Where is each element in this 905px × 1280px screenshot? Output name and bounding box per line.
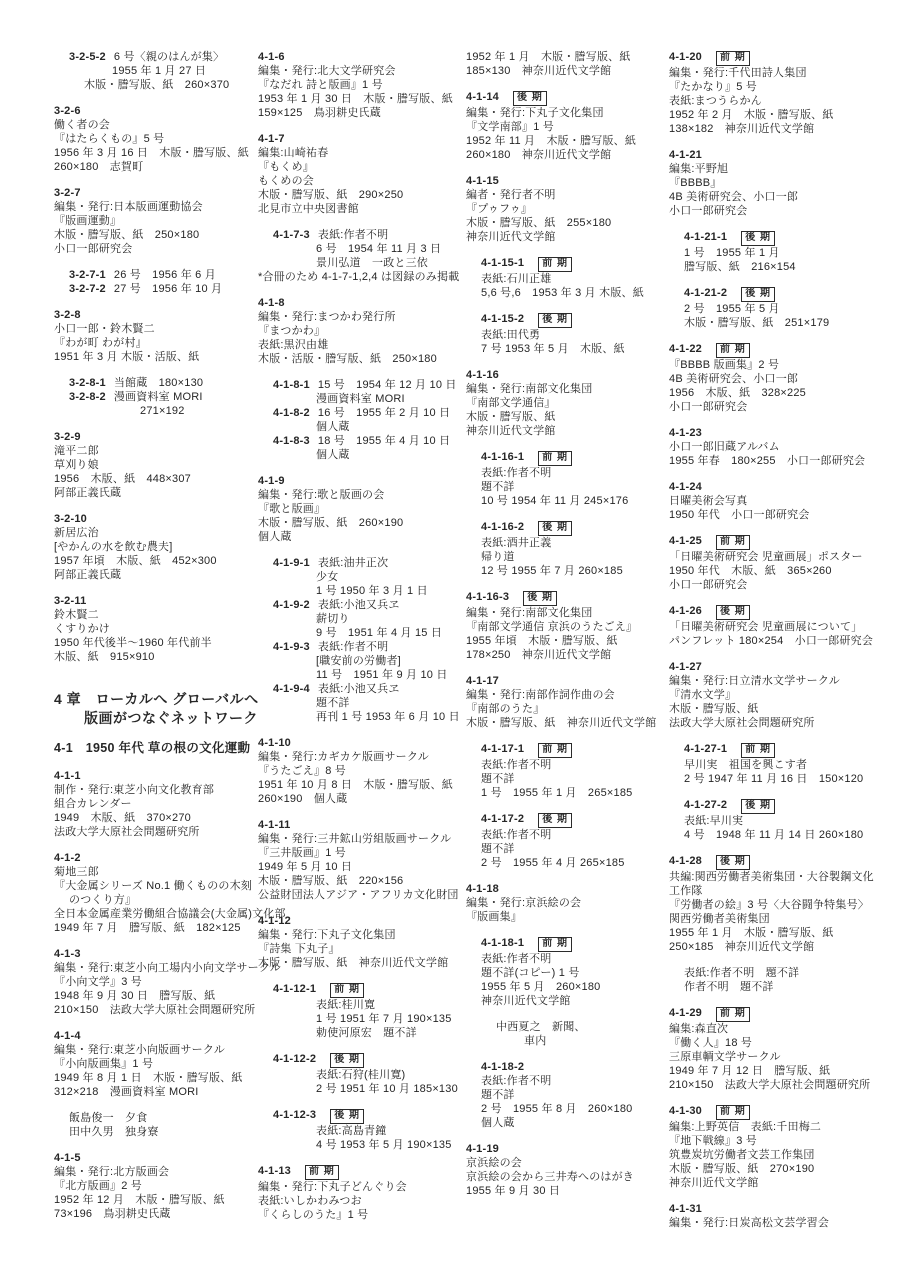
entry-line: 1956 木版、紙 328×225 (669, 386, 905, 400)
entry-line: 表紙:作者不明 (466, 952, 657, 966)
entry-text: 7 号 1953 年 5 月 木版、紙 (481, 343, 625, 355)
catalog-entry-4-1-18-1: 4-1-18-1前 期表紙:作者不明題不詳(コピー) 1 号1955 年 5 月… (466, 936, 657, 1008)
entry-text: 18 号 1955 年 4 月 10 日 (318, 435, 450, 447)
entry-line: 1950 年代後半〜1960 年代前半 (54, 636, 246, 650)
chapter-heading: 版画がつなぐネットワーク (84, 710, 258, 726)
entry-line: 4-1-7 (258, 132, 454, 146)
entry-text: 1952 年 2 月 木版・謄写版、紙 (669, 109, 834, 121)
catalog-entry-3-2-10: 3-2-10新居広治[やかんの水を飲む農夫]1957 年頃 木版、紙 452×3… (54, 512, 246, 582)
entry-line: 1 号 1955 年 1 月 265×185 (466, 786, 657, 800)
catalog-entry-4-1-5: 4-1-5編集・発行:北方版画会『北方版画』2 号1952 年 12 月 木版・… (54, 1151, 246, 1221)
entry-text: 210×150 法政大学大原社会問題研究所 (669, 1079, 870, 1091)
entry-number: 4-1-2 (54, 852, 81, 864)
catalog-entry-4-1-13-continued: 1952 年 1 月 木版・謄写版、紙185×130 神奈川近代文学館 (466, 50, 657, 78)
entry-text: 早川実 祖国を興こす者 (684, 759, 807, 771)
entry-line: 1952 年 11 月 木版・謄写版、紙 (466, 134, 657, 148)
catalog-entry-4-1-2: 4-1-2菊地三郎『大金属シリーズ No.1 働くものの木刻のつくり方』全日本金… (54, 851, 246, 935)
period-badge: 後 期 (538, 521, 572, 536)
entry-line: 木版・謄写版、紙 251×179 (669, 316, 905, 330)
entry-line: 木版・謄写版、紙 255×180 (466, 216, 657, 230)
catalog-entry-4-1-21-1: 4-1-21-1後 期1 号 1955 年 1 月謄写版、紙 216×154 (669, 230, 905, 274)
entry-line: 京浜絵の会から三井寿へのはがき (466, 1170, 657, 1184)
entry-line: 謄写版、紙 216×154 (669, 260, 905, 274)
entry-text: 少女 (316, 571, 338, 583)
entry-line: 編集・発行:下丸子どんぐり会 (258, 1180, 454, 1194)
entry-line: 1952 年 12 月 木版・謄写版、紙 (54, 1193, 246, 1207)
entry-number: 4-1-18 (466, 883, 499, 895)
entry-text: 草刈り娘 (54, 459, 99, 471)
entry-line: 神奈川近代文学館 (466, 424, 657, 438)
catalog-entry-3-2-5-2: 3-2-5-26 号〈親のはんが集〉1955 年 1 月 27 日木版・謄写版、… (54, 50, 246, 92)
entry-text: 6 号 1954 年 11 月 3 日 (316, 243, 441, 255)
entry-text: 北見市立中央図書館 (258, 203, 359, 215)
catalog-entry-4-1-13: 4-1-13前 期編集・発行:下丸子どんぐり会表紙:いしかわみつお『くらしのうた… (258, 1164, 454, 1222)
entry-number: 3-2-11 (54, 595, 86, 607)
entry-line: 4-1-8-318 号 1955 年 4 月 10 日 (258, 434, 454, 448)
entry-text: *合冊のため 4-1-7-1,2,4 は図録のみ掲載 (258, 271, 459, 283)
entry-line: 編集・発行:東芝小向版画サークル (54, 1043, 246, 1057)
entry-number: 4-1-5 (54, 1152, 81, 1164)
entry-number: 4-1-9 (258, 475, 285, 487)
entry-line: 4-1-20前 期 (669, 50, 905, 66)
entry-line: 『大金属シリーズ No.1 働くものの木刻 (54, 879, 246, 893)
entry-line: 1955 年 5 月 260×180 (466, 980, 657, 994)
entry-line: 4-1-12-2後 期 (258, 1052, 454, 1068)
entry-text: 『清水文学』 (669, 689, 736, 701)
catalog-entry-4-1-9-1: 4-1-9-1表紙:油井正次少女1 号 1950 年 3 月 1 日4-1-9-… (258, 556, 454, 724)
entry-line: 『働く人』18 号 (669, 1036, 905, 1050)
period-badge: 前 期 (716, 535, 750, 550)
entry-number: 4-1-8 (258, 297, 285, 309)
entry-text: [やかんの水を飲む農夫] (54, 541, 173, 553)
entry-number: 4-1-21 (669, 149, 702, 161)
entry-line: パンフレット 180×254 小口一郎研究会 (669, 634, 905, 648)
entry-line: 田中久男 独身寮 (54, 1125, 246, 1139)
entry-line: 早川実 祖国を興こす者 (669, 758, 905, 772)
entry-line: 京浜絵の会 (466, 1156, 657, 1170)
entry-text: 1949 年 7 月 12 日 謄写版、紙 (669, 1065, 830, 1077)
entry-line: 神奈川近代文学館 (466, 994, 657, 1008)
entry-text: 159×125 鳥羽耕史氏蔵 (258, 107, 381, 119)
entry-line: 4-1-16-1前 期 (466, 450, 657, 466)
entry-line: 4-1-15 (466, 174, 657, 188)
entry-number: 4-1-22 (669, 343, 702, 355)
entry-line: 編集:森直次 (669, 1022, 905, 1036)
period-badge: 前 期 (716, 343, 750, 358)
catalog-entry-4-1-17-1: 4-1-17-1前 期表紙:作者不明題不詳1 号 1955 年 1 月 265×… (466, 742, 657, 800)
entry-number: 3-2-8 (54, 309, 81, 321)
catalog-entry-4-1-16: 4-1-16編集・発行:南部文化集団『南部文学通信』木版・謄写版、紙神奈川近代文… (466, 368, 657, 438)
entry-line: 表紙:酒井正義 (466, 536, 657, 550)
catalog-entry-4-1-29: 4-1-29前 期編集:森直次『働く人』18 号三原車輌文学サークル1949 年… (669, 1006, 905, 1092)
entry-text: 138×182 神奈川近代文学館 (669, 123, 814, 135)
entry-line: 題不詳 (258, 696, 454, 710)
entry-number: 4-1-15-1 (481, 257, 524, 269)
entry-line: 題不詳 (466, 480, 657, 494)
period-badge: 前 期 (538, 743, 572, 758)
catalog-entry-4-1-27: 4-1-27編集・発行:日立清水文学サークル『清水文学』木版・謄写版、紙法政大学… (669, 660, 905, 730)
entry-text: 4 号 1953 年 5 月 190×135 (316, 1139, 452, 1151)
entry-line: 組合カレンダー (54, 797, 246, 811)
entry-number: 4-1-15 (466, 175, 499, 187)
entry-line: 4-1-9-3表紙:作者不明 (258, 640, 454, 654)
entry-line: 1955 年 1 月 木版・謄写版、紙 (669, 926, 905, 940)
entry-line: 3-2-7-227 号 1956 年 10 月 (54, 282, 246, 296)
entry-number: 4-1-11 (258, 819, 290, 831)
entry-text: 1955 年頃 木版・謄写版、紙 (466, 635, 618, 647)
entry-line: 編集:山崎祐春 (258, 146, 454, 160)
entry-text: 『地下戦線』3 号 (669, 1135, 757, 1147)
entry-text: 当館蔵 180×130 (114, 377, 203, 389)
entry-text: 『南部文学通信 京浜のうたごえ』 (466, 621, 637, 633)
entry-line: 全日本金属産業労働組合協議会(大金属)文化部 (54, 907, 246, 921)
entry-text: 木版・謄写版、紙 260×370 (84, 79, 229, 91)
entry-text: 1948 年 9 月 30 日 謄写版、紙 (54, 990, 215, 1002)
entry-line: 1950 年代 小口一郎研究会 (669, 508, 905, 522)
entry-text: 編集・発行:北方版画会 (54, 1166, 169, 1178)
entry-line: 3-2-11 (54, 594, 246, 608)
entry-line: 1951 年 10 月 8 日 木版・謄写版、紙 (258, 778, 454, 792)
entry-line: 飯島俊一 夕食 (54, 1111, 246, 1125)
entry-line: 7 号 1953 年 5 月 木版、紙 (466, 342, 657, 356)
entry-text: 1953 年 1 月 30 日 木版・謄写版、紙 (258, 93, 453, 105)
entry-line: 11 号 1951 年 9 月 10 日 (258, 668, 454, 682)
entry-text: 1950 年代 小口一郎研究会 (669, 509, 810, 521)
entry-line: 表紙:高島青鐘 (258, 1124, 454, 1138)
entry-line: 4-1-24 (669, 480, 905, 494)
entry-line: 表紙:いしかわみつお (258, 1194, 454, 1208)
entry-text: 1949 年 5 月 10 日 (258, 861, 352, 873)
entry-text: もくめの会 (258, 175, 314, 187)
entry-text: 『わが町 わが村』 (54, 337, 147, 349)
entry-line: 4-1-16-3後 期 (466, 590, 657, 606)
entry-text: 1952 年 11 月 木版・謄写版、紙 (466, 135, 636, 147)
entry-line: 4-1-8 (258, 296, 454, 310)
entry-line: 2 号 1951 年 10 月 185×130 (258, 1082, 454, 1096)
entry-line: 小口一郎研究会 (54, 242, 246, 256)
entry-line: 編集・発行:日炭高松文芸学習会 (669, 1216, 905, 1230)
entry-line: 『版画集』 (466, 910, 657, 924)
entry-line: 個人蔵 (258, 448, 454, 462)
entry-number: 4-1-9-4 (273, 683, 310, 695)
entry-number: 3-2-8-1 (69, 377, 106, 389)
entry-text: 1957 年頃 木版、紙 452×300 (54, 555, 217, 567)
entry-number: 4-1-15-2 (481, 313, 524, 325)
entry-line: 小口一郎研究会 (669, 578, 905, 592)
entry-line: 表紙:まつうらかん (669, 94, 905, 108)
entry-line: 編集・発行:南部文化集団 (466, 606, 657, 620)
entry-line: 260×180 神奈川近代文学館 (466, 148, 657, 162)
entry-line: 3-2-8-2漫画資料室 MORI (54, 390, 246, 404)
entry-number: 4-1-9-3 (273, 641, 310, 653)
entry-line: 草刈り娘 (54, 458, 246, 472)
entry-text: 車内 (524, 1035, 546, 1047)
entry-text: 『はたらくもの』5 号 (54, 133, 164, 145)
entry-line: 「日曜美術研究会 児童画展について」 (669, 620, 905, 634)
entry-line: 159×125 鳥羽耕史氏蔵 (258, 106, 454, 120)
entry-text: 『小向版画集』1 号 (54, 1058, 153, 1070)
entry-text: 表紙:作者不明 (318, 229, 388, 241)
catalog-entry-3-2-8: 3-2-8小口一郎・鈴木賢二『わが町 わが村』1951 年 3 月 木版・活版、… (54, 308, 246, 364)
entry-line: 4-1-14後 期 (466, 90, 657, 106)
entry-line: 木版・謄写版、紙 神奈川近代文学館 (466, 716, 657, 730)
entry-text: 木版・活版・謄写版、紙 250×180 (258, 353, 437, 365)
entry-text: 法政大学大原社会問題研究所 (54, 826, 200, 838)
period-badge: 前 期 (538, 937, 572, 952)
catalog-entry-3-2-7-1: 3-2-7-126 号 1956 年 6 月3-2-7-227 号 1956 年… (54, 268, 246, 296)
entry-line: 日曜美術会写真 (669, 494, 905, 508)
entry-line: 編者・発行者不明 (466, 188, 657, 202)
entry-text: 1950 年代後半〜1960 年代前半 (54, 637, 212, 649)
entry-text: 個人蔵 (316, 421, 350, 433)
entry-text: 神奈川近代文学館 (669, 1177, 759, 1189)
entry-text: 木版・謄写版、紙 251×179 (684, 317, 829, 329)
entry-number: 4-1-16-3 (466, 591, 509, 603)
catalog-entry-4-1-17-2: 4-1-17-2後 期表紙:作者不明題不詳2 号 1955 年 4 月 265×… (466, 812, 657, 870)
entry-line: 5,6 号,6 1953 年 3 月 木版、紙 (466, 286, 657, 300)
entry-number: 4-1-12-2 (273, 1053, 316, 1065)
entry-text: 『たかなり』5 号 (669, 81, 757, 93)
entry-line: 表紙:作者不明 (466, 466, 657, 480)
entry-text: 帰り道 (481, 551, 515, 563)
entry-line: 『地下戦線』3 号 (669, 1134, 905, 1148)
entry-text: 『くらしのうた』1 号 (258, 1209, 368, 1221)
column-4: 4-1-20前 期編集・発行:千代田詩人集団『たかなり』5 号表紙:まつうらかん… (669, 50, 905, 1242)
entry-line: 210×150 法政大学大原社会問題研究所 (669, 1078, 905, 1092)
period-badge: 後 期 (741, 287, 775, 302)
entry-line: 2 号 1955 年 5 月 (669, 302, 905, 316)
entry-text: 木版・謄写版、紙 220×156 (258, 875, 403, 887)
period-badge: 後 期 (716, 855, 750, 870)
entry-text: 表紙:石狩(桂川寛) (316, 1069, 405, 1081)
entry-text: 1955 年 9 月 30 日 (466, 1185, 560, 1197)
entry-line: 210×150 法政大学大原社会問題研究所 (54, 1003, 246, 1017)
entry-text: 「日曜美術研究会 児童画展について」 (669, 621, 862, 633)
entry-line: 作者不明 題不詳 (669, 980, 905, 994)
entry-line: 編集・発行:日立清水文学サークル (669, 674, 905, 688)
entry-line: 題不詳 (466, 842, 657, 856)
entry-text: 『働く人』18 号 (669, 1037, 752, 1049)
entry-line: 4B 美術研究会、小口一郎 (669, 372, 905, 386)
entry-number: 3-2-7 (54, 187, 81, 199)
entry-line: 編集・発行:南部文化集団 (466, 382, 657, 396)
entry-line: 制作・発行:東芝小向文化教育部 (54, 783, 246, 797)
entry-line: 公益財団法人アジア・アフリカ文化財団 (258, 888, 454, 902)
entry-line: 『歌と版画』 (258, 502, 454, 516)
entry-text: 阿部正義氏蔵 (54, 487, 121, 499)
entry-line: 178×250 神奈川近代文学館 (466, 648, 657, 662)
catalog-entry-4-1-8-1: 4-1-8-115 号 1954 年 12 月 10 日漫画資料室 MORI4-… (258, 378, 454, 462)
entry-text: 表紙:作者不明 (318, 641, 388, 653)
entry-line: 『まつかわ』 (258, 324, 454, 338)
entry-number: 4-1-31 (669, 1203, 702, 1215)
entry-line: 小口一郎旧蔵アルバム (669, 440, 905, 454)
entry-number: 4-1-14 (466, 91, 499, 103)
entry-text: 再刊 1 号 1953 年 6 月 10 日 (316, 711, 460, 723)
entry-text: 編集・発行:南部作詞作曲の会 (466, 689, 615, 701)
entry-line: 3-2-9 (54, 430, 246, 444)
entry-text: 表紙:高島青鐘 (316, 1125, 386, 1137)
entry-text: 木版・謄写版、紙 神奈川近代文学館 (258, 957, 448, 969)
entry-line: 勅使河原宏 題不詳 (258, 1026, 454, 1040)
entry-line: 1949 年 8 月 1 日 木版・謄写版、紙 (54, 1071, 246, 1085)
entry-text: 4B 美術研究会、小口一郎 (669, 191, 798, 203)
entry-text: 編集・発行:東芝小向工場内小向文学サークル (54, 962, 281, 974)
entry-line: 4-1-17-1前 期 (466, 742, 657, 758)
entry-text: 表紙:油井正次 (318, 557, 388, 569)
entry-line: 4-1-2 (54, 851, 246, 865)
entry-number: 4-1-1 (54, 770, 81, 782)
catalog-entry-4-1-27-2: 4-1-27-2後 期表紙:早川実4 号 1948 年 11 月 14 日 26… (669, 798, 905, 842)
entry-line: 木版・謄写版、紙 神奈川近代文学館 (258, 956, 454, 970)
entry-line: 4-1-23 (669, 426, 905, 440)
entry-line: 250×185 神奈川近代文学館 (669, 940, 905, 954)
period-badge: 後 期 (330, 1053, 364, 1068)
entry-line: 編集・発行:日本版画運動協会 (54, 200, 246, 214)
entry-line: 1956 年 3 月 16 日 木版・謄写版、紙 (54, 146, 246, 160)
entry-line: 帰り道 (466, 550, 657, 564)
catalog-entry-4-1-31: 4-1-31編集・発行:日炭高松文芸学習会 (669, 1202, 905, 1230)
entry-text: 12 号 1955 年 7 月 260×185 (481, 565, 623, 577)
catalog-entry-4-1-18-2: 4-1-18-2表紙:作者不明題不詳2 号 1955 年 8 月 260×180… (466, 1060, 657, 1130)
entry-text: 11 号 1951 年 9 月 10 日 (316, 669, 448, 681)
entry-line: 1955 年 1 月 27 日 (54, 64, 246, 78)
entry-text: 1955 年 5 月 260×180 (481, 981, 601, 993)
entry-text: 薪切り (316, 613, 350, 625)
entry-text: 京浜絵の会 (466, 1157, 522, 1169)
catalog-entry-4-1-23: 4-1-23小口一郎旧蔵アルバム1955 年春 180×255 小口一郎研究会 (669, 426, 905, 468)
catalog-entry-4-1-19: 4-1-19京浜絵の会京浜絵の会から三井寿へのはがき1955 年 9 月 30 … (466, 1142, 657, 1198)
entry-text: 表紙:いしかわみつお (258, 1195, 362, 1207)
entry-line: 編集・発行:下丸子文化集団 (466, 106, 657, 120)
entry-text: 謄写版、紙 216×154 (684, 261, 796, 273)
entry-line: 4-1-25前 期 (669, 534, 905, 550)
catalog-entry-4-1-7: 4-1-7編集:山崎祐春『もくめ』もくめの会木版・謄写版、紙 290×250北見… (258, 132, 454, 216)
entry-number: 4-1-12-1 (273, 983, 316, 995)
entry-text: 『小向文学』3 号 (54, 976, 142, 988)
entry-line: 『くらしのうた』1 号 (258, 1208, 454, 1222)
entry-text: 働く者の会 (54, 119, 110, 131)
entry-line: 4 号 1948 年 11 月 14 日 260×180 (669, 828, 905, 842)
entry-line: 4-1-12-3後 期 (258, 1108, 454, 1124)
period-badge: 後 期 (523, 591, 557, 606)
entry-line: 菊地三郎 (54, 865, 246, 879)
period-badge: 後 期 (513, 91, 547, 106)
entry-number: 4-1-27 (669, 661, 702, 673)
entry-line: 260×190 個人蔵 (258, 792, 454, 806)
catalog-entry-4-1-22: 4-1-22前 期『BBBB 版画集』2 号4B 美術研究会、小口一郎1956 … (669, 342, 905, 414)
entry-line: 「日曜美術研究会 児童画展」ポスター (669, 550, 905, 564)
entry-line: 1955 年 9 月 30 日 (466, 1184, 657, 1198)
entry-line: 4-1-16 (466, 368, 657, 382)
entry-line: 4-1-26後 期 (669, 604, 905, 620)
entry-text: 1956 木版、紙 328×225 (669, 387, 806, 399)
entry-text: 公益財団法人アジア・アフリカ文化財団 (258, 889, 459, 901)
entry-number: 3-2-5-2 (69, 51, 106, 63)
entry-line: 編集・発行:下丸子文化集団 (258, 928, 454, 942)
entry-number: 4-1-10 (258, 737, 291, 749)
entry-text: 小口一郎・鈴木賢二 (54, 323, 155, 335)
entry-line: 木版・謄写版、紙 260×190 (258, 516, 454, 530)
entry-line: 『三井版画』1 号 (258, 846, 454, 860)
entry-line: 4-1-22前 期 (669, 342, 905, 358)
entry-line: 4-1-18-2 (466, 1060, 657, 1074)
period-badge: 前 期 (741, 743, 775, 758)
entry-line: 三原車輌文学サークル (669, 1050, 905, 1064)
entry-line: 1949 木版、紙 370×270 (54, 811, 246, 825)
catalog-page: 3-2-5-26 号〈親のはんが集〉1955 年 1 月 27 日木版・謄写版、… (0, 0, 905, 1242)
entry-line: 薪切り (258, 612, 454, 626)
entry-line: 4-1-9-4表紙:小池又兵ヱ (258, 682, 454, 696)
entry-line: 鈴木賢二 (54, 608, 246, 622)
entry-line: 車内 (466, 1034, 657, 1048)
entry-line: 『南部文学通信』 (466, 396, 657, 410)
catalog-entry-4-1-20: 4-1-20前 期編集・発行:千代田詩人集団『たかなり』5 号表紙:まつうらかん… (669, 50, 905, 136)
entry-text: 漫画資料室 MORI (114, 391, 203, 403)
entry-line: 4 号 1953 年 5 月 190×135 (258, 1138, 454, 1152)
entry-line: 木版・謄写版、紙 290×250 (258, 188, 454, 202)
catalog-entry-4-1-10: 4-1-10編集・発行:カギカケ版画サークル『うたごえ』8 号1951 年 10… (258, 736, 454, 806)
entry-text: 菊地三郎 (54, 866, 99, 878)
catalog-entry-4-1-16-1: 4-1-16-1前 期表紙:作者不明題不詳10 号 1954 年 11 月 24… (466, 450, 657, 508)
entry-line: 編集・発行:カギカケ版画サークル (258, 750, 454, 764)
entry-text: 木版・謄写版、紙 250×180 (54, 229, 199, 241)
entry-text: 滝平二郎 (54, 445, 99, 457)
entry-text: 表紙:まつうらかん (669, 95, 762, 107)
entry-line: 北見市立中央図書館 (258, 202, 454, 216)
entry-line: 個人蔵 (258, 530, 454, 544)
entry-text: 『南部のうた』 (466, 703, 544, 715)
entry-line: 小口一郎研究会 (669, 204, 905, 218)
entry-text: 『うたごえ』8 号 (258, 765, 346, 777)
entry-line: 4-1-27 (669, 660, 905, 674)
entry-line: のつくり方』 (54, 893, 246, 907)
entry-number: 3-2-10 (54, 513, 87, 525)
entry-line: 1948 年 9 月 30 日 謄写版、紙 (54, 989, 246, 1003)
catalog-entry: 中西夏之 新聞、車内 (466, 1020, 657, 1048)
entry-line: 4-1-21-2後 期 (669, 286, 905, 302)
entry-text: 編集・発行:下丸子文化集団 (258, 929, 396, 941)
entry-number: 4-1-13 (258, 1165, 291, 1177)
entry-text: 小口一郎研究会 (669, 205, 747, 217)
entry-line: 4-1-1 (54, 769, 246, 783)
entry-line: 新居広治 (54, 526, 246, 540)
entry-line: 題不詳 (466, 772, 657, 786)
entry-text: 1 号 1950 年 3 月 1 日 (316, 585, 428, 597)
entry-number: 4-1-30 (669, 1105, 702, 1117)
catalog-entry-4-1-14: 4-1-14後 期編集・発行:下丸子文化集団『文学南部』1 号1952 年 11… (466, 90, 657, 162)
entry-line: 1950 年代 木版、紙 365×260 (669, 564, 905, 578)
entry-text: 表紙:石川正雄 (481, 273, 551, 285)
entry-line: 木版・謄写版、紙 220×156 (258, 874, 454, 888)
entry-text: 関西労働者美術集団 (669, 913, 770, 925)
entry-text: 表紙:作者不明 (481, 467, 551, 479)
entry-number: 4-1-9-2 (273, 599, 310, 611)
entry-line: 表紙:桂川寛 (258, 998, 454, 1012)
catalog-entry-4-1-17: 4-1-17編集・発行:南部作詞作曲の会『南部のうた』木版・謄写版、紙 神奈川近… (466, 674, 657, 730)
entry-text: 『労働者の絵』3 号〈大谷闘争特集号〉 (669, 899, 869, 911)
entry-number: 4-1-12 (258, 915, 291, 927)
entry-text: 表紙:田代勇 (481, 329, 540, 341)
entry-line: 法政大学大原社会問題研究所 (54, 825, 246, 839)
entry-line: 1953 年 1 月 30 日 木版・謄写版、紙 (258, 92, 454, 106)
entry-line: 4-1-4 (54, 1029, 246, 1043)
entry-line: 4-1 1950 年代 草の根の文化運動 (54, 740, 246, 757)
entry-line: 編集・発行:東芝小向工場内小向文学サークル (54, 961, 246, 975)
entry-text: 73×196 鳥羽耕史氏蔵 (54, 1208, 171, 1220)
period-badge: 前 期 (716, 1105, 750, 1120)
entry-text: 2 号 1955 年 8 月 260×180 (481, 1103, 632, 1115)
